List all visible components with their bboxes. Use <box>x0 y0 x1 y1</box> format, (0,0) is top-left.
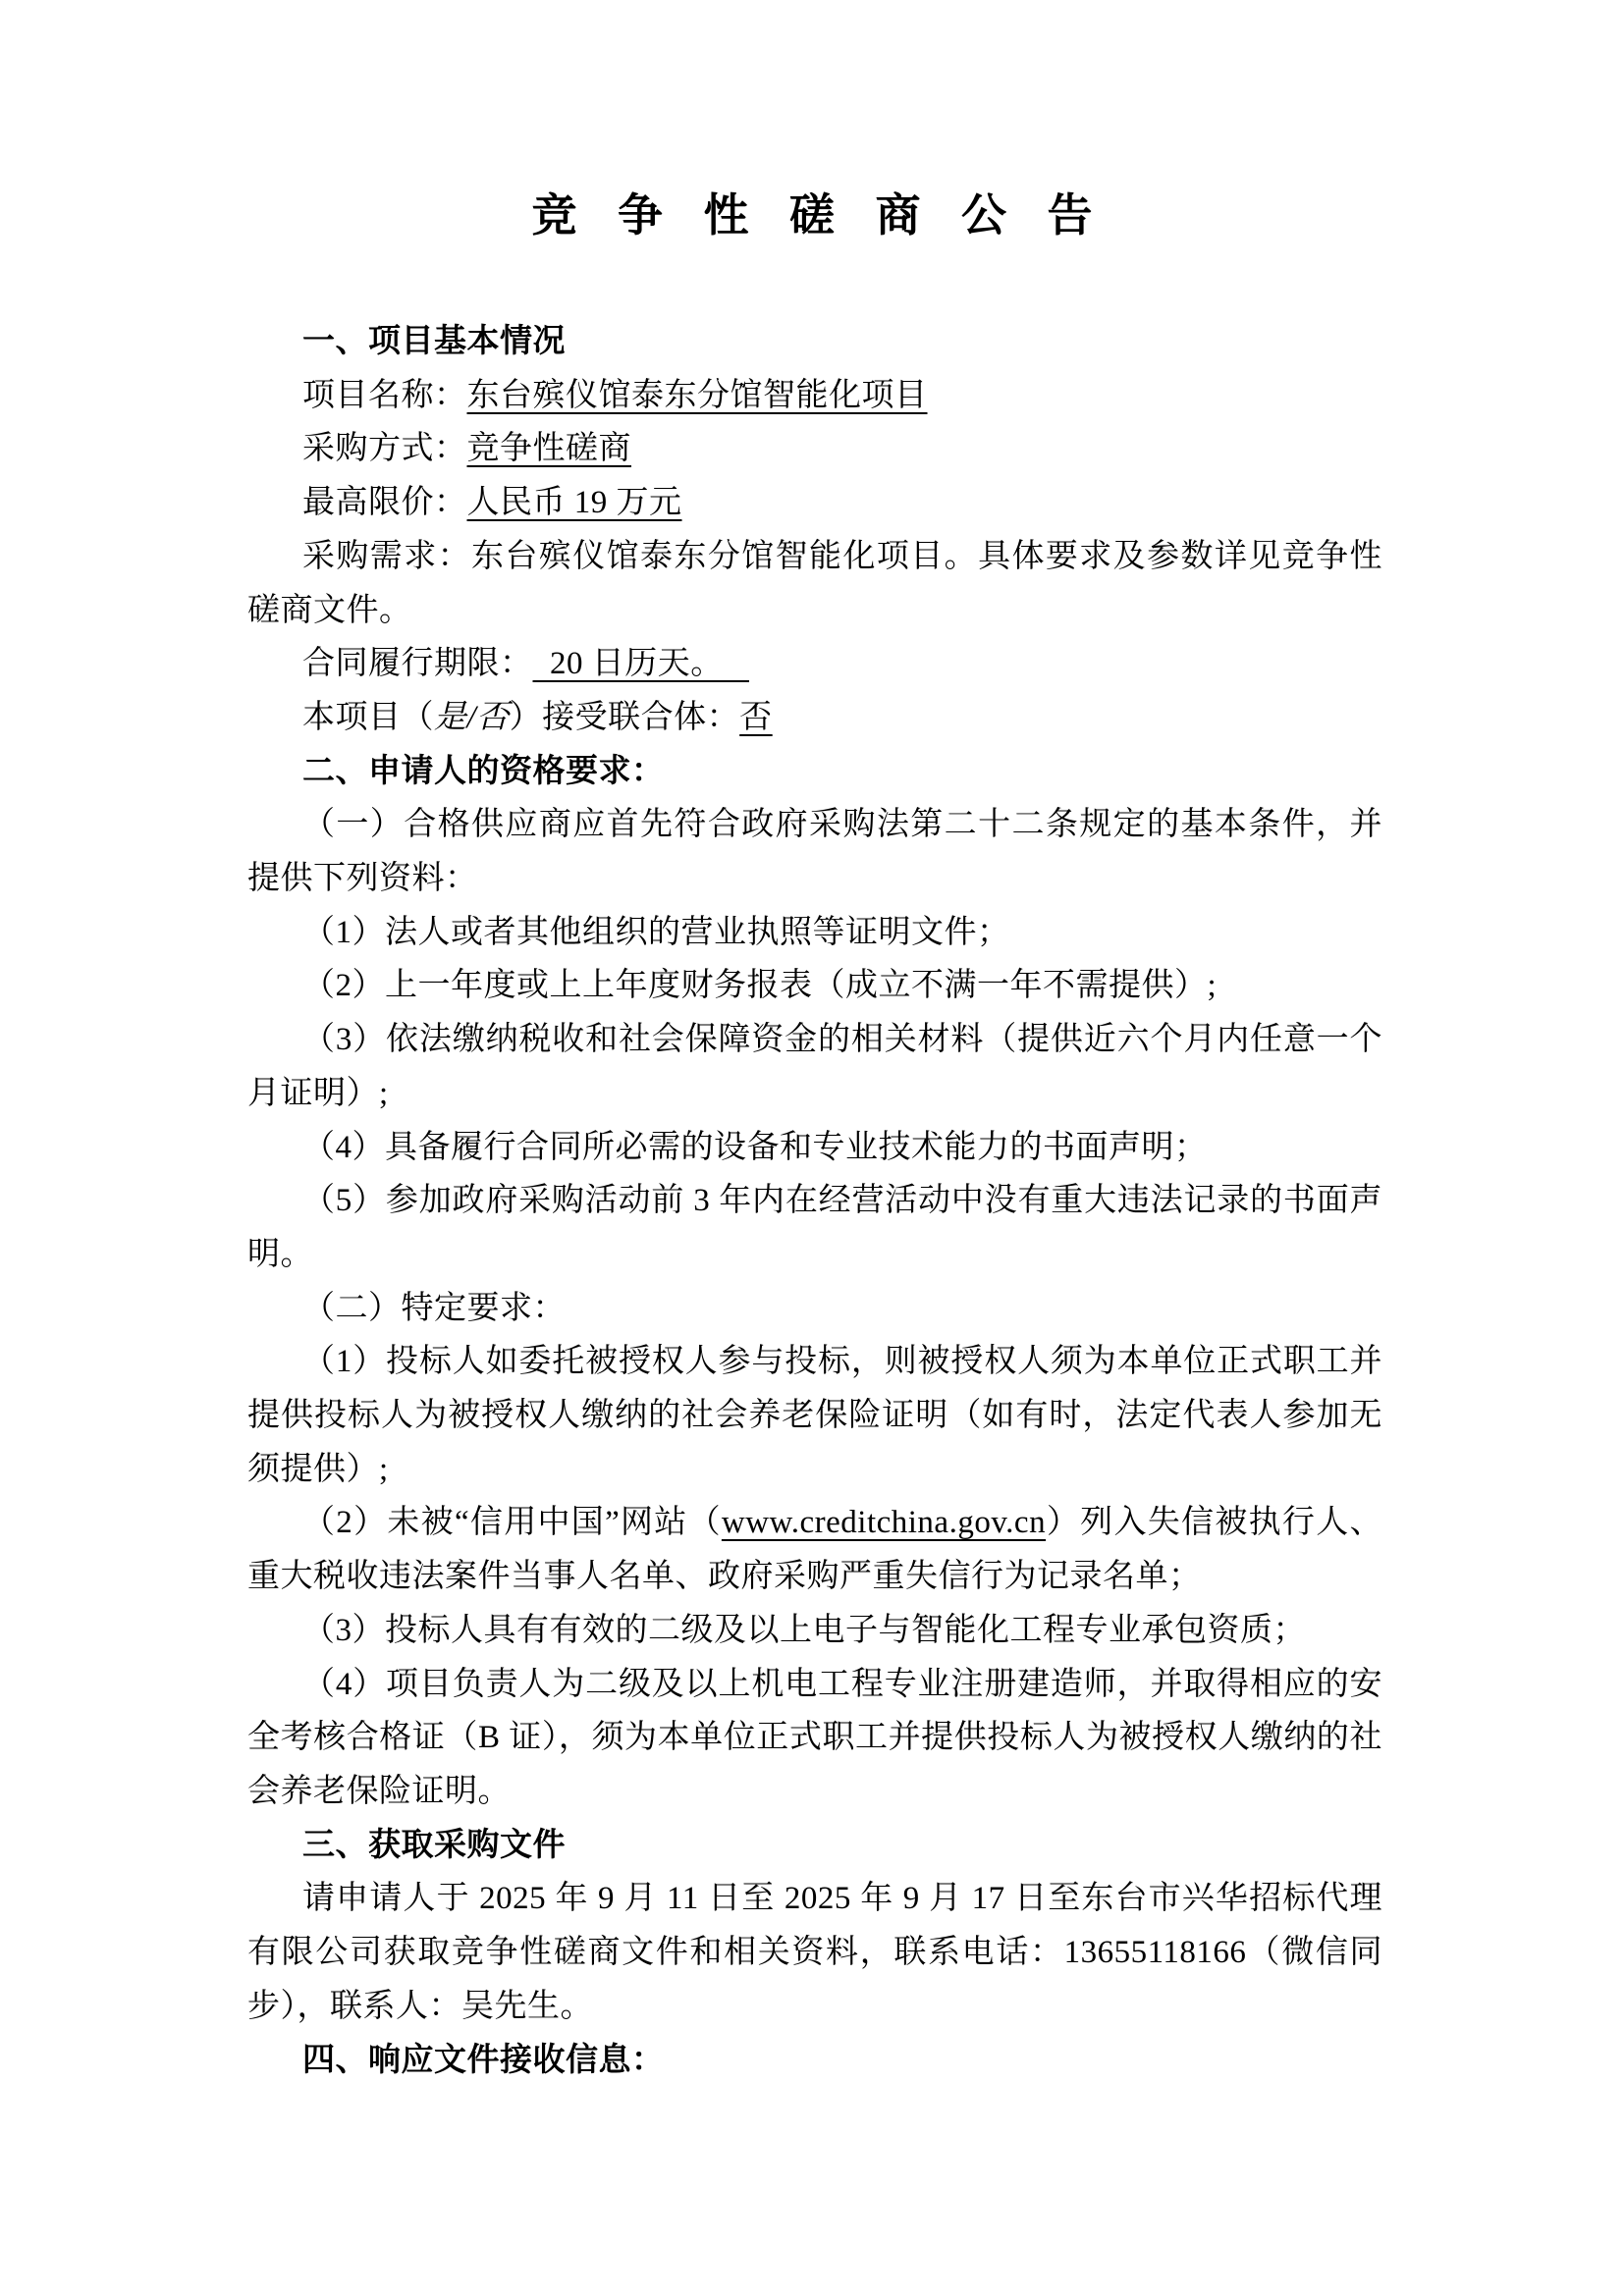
qualification-item-3: （3）依法缴纳税收和社会保障资金的相关材料（提供近六个月内任意一个月证明）; <box>247 1013 1382 1120</box>
qualification-item-5: （5）参加政府采购活动前 3 年内在经营活动中没有重大违法记录的书面声明。 <box>247 1174 1382 1281</box>
text-segment: （5）参加政府采购活动前 3 年内在经营活动中没有重大违法记录的书面声明。 <box>247 1183 1382 1272</box>
document-page: 竞 争 性 磋 商 公 告 一、项目基本情况项目名称：东台殡仪馆泰东分馆智能化项… <box>0 0 1624 2296</box>
document-title: 竞 争 性 磋 商 公 告 <box>247 187 1382 245</box>
underlined-value: 竞争性磋商 <box>467 431 632 466</box>
text-segment: 请申请人于 2025 年 9 月 11 日至 2025 年 9 月 17 日至东… <box>247 1881 1382 2023</box>
text-segment: （2）未被“信用中国”网站（ <box>302 1505 722 1540</box>
italic-text: 是/否 <box>434 700 510 735</box>
specific-item-2: （2）未被“信用中国”网站（www.creditchina.gov.cn）列入失… <box>247 1496 1382 1603</box>
text-segment: （二）特定要求： <box>302 1291 566 1326</box>
text-segment: 三、获取采购文件 <box>302 1828 566 1863</box>
qualification-intro-paragraph: （一）合格供应商应首先符合政府采购法第二十二条规定的基本条件，并提供下列资料： <box>247 798 1382 905</box>
text-segment: 四、响应文件接收信息： <box>302 2043 665 2078</box>
contract-period-line: 合同履行期限： 20 日历天。 <box>247 637 1382 691</box>
specific-item-1: （1）投标人如委托被授权人参与投标，则被授权人须为本单位正式职工并提供投标人为被… <box>247 1335 1382 1496</box>
qualification-item-1: （1）法人或者其他组织的营业执照等证明文件； <box>247 906 1382 960</box>
section-2-heading: 二、申请人的资格要求： <box>247 745 1382 799</box>
text-segment: （一）合格供应商应首先符合政府采购法第二十二条规定的基本条件，并提供下列资料： <box>247 807 1382 896</box>
text-segment: 二、申请人的资格要求： <box>302 754 665 789</box>
section-3-heading: 三、获取采购文件 <box>247 1819 1382 1873</box>
text-segment: 采购方式： <box>302 431 467 466</box>
text-segment: 项目名称： <box>302 378 467 413</box>
text-segment: （4）项目负责人为二级及以上机电工程专业注册建造师，并取得相应的安全考核合格证（… <box>247 1667 1382 1809</box>
text-segment: 本项目（ <box>302 700 434 735</box>
text-segment: ）接受联合体： <box>510 700 740 735</box>
document-content: 竞 争 性 磋 商 公 告 一、项目基本情况项目名称：东台殡仪馆泰东分馆智能化项… <box>0 0 1624 2087</box>
underlined-value: 20 日历天。 <box>533 646 750 681</box>
consortium-line: 本项目（是/否）接受联合体：否 <box>247 691 1382 745</box>
specific-item-4: （4）项目负责人为二级及以上机电工程专业注册建造师，并取得相应的安全考核合格证（… <box>247 1658 1382 1819</box>
text-segment: （3）投标人具有有效的二级及以上电子与智能化工程专业承包资质； <box>302 1613 1306 1648</box>
document-acquisition-paragraph: 请申请人于 2025 年 9 月 11 日至 2025 年 9 月 17 日至东… <box>247 1872 1382 2033</box>
text-segment: （3）依法缴纳税收和社会保障资金的相关材料（提供近六个月内任意一个月证明）; <box>247 1022 1382 1111</box>
text-segment: 一、项目基本情况 <box>302 324 566 359</box>
underlined-value: 人民币 19 万元 <box>467 485 682 520</box>
text-segment: （2）上一年度或上上年度财务报表（成立不满一年不需提供）; <box>302 968 1217 1003</box>
text-segment: 最高限价： <box>302 485 467 520</box>
procurement-method-line: 采购方式：竞争性磋商 <box>247 422 1382 476</box>
specific-item-3: （3）投标人具有有效的二级及以上电子与智能化工程专业承包资质； <box>247 1604 1382 1658</box>
text-segment: 合同履行期限： <box>302 646 533 681</box>
project-name-line: 项目名称：东台殡仪馆泰东分馆智能化项目 <box>247 369 1382 423</box>
qualification-item-2: （2）上一年度或上上年度财务报表（成立不满一年不需提供）; <box>247 959 1382 1013</box>
text-segment: （4）具备履行合同所必需的设备和专业技术能力的书面声明； <box>302 1130 1208 1165</box>
max-price-line: 最高限价：人民币 19 万元 <box>247 476 1382 530</box>
text-segment: 采购需求：东台殡仪馆泰东分馆智能化项目。具体要求及参数详见竞争性磋商文件。 <box>247 539 1382 628</box>
document-body: 一、项目基本情况项目名称：东台殡仪馆泰东分馆智能化项目采购方式：竞争性磋商最高限… <box>247 315 1382 2087</box>
qualification-item-4: （4）具备履行合同所必需的设备和专业技术能力的书面声明； <box>247 1121 1382 1175</box>
text-segment: （1）投标人如委托被授权人参与投标，则被授权人须为本单位正式职工并提供投标人为被… <box>247 1344 1382 1486</box>
section-1-heading: 一、项目基本情况 <box>247 315 1382 369</box>
underlined-value: 否 <box>739 700 773 735</box>
section-4-heading: 四、响应文件接收信息： <box>247 2034 1382 2088</box>
procurement-requirements-paragraph: 采购需求：东台殡仪馆泰东分馆智能化项目。具体要求及参数详见竞争性磋商文件。 <box>247 530 1382 637</box>
specific-requirements-heading: （二）特定要求： <box>247 1282 1382 1336</box>
underlined-value: 东台殡仪馆泰东分馆智能化项目 <box>467 378 928 413</box>
text-segment: （1）法人或者其他组织的营业执照等证明文件； <box>302 915 1010 950</box>
underlined-value: www.creditchina.gov.cn <box>722 1505 1046 1540</box>
